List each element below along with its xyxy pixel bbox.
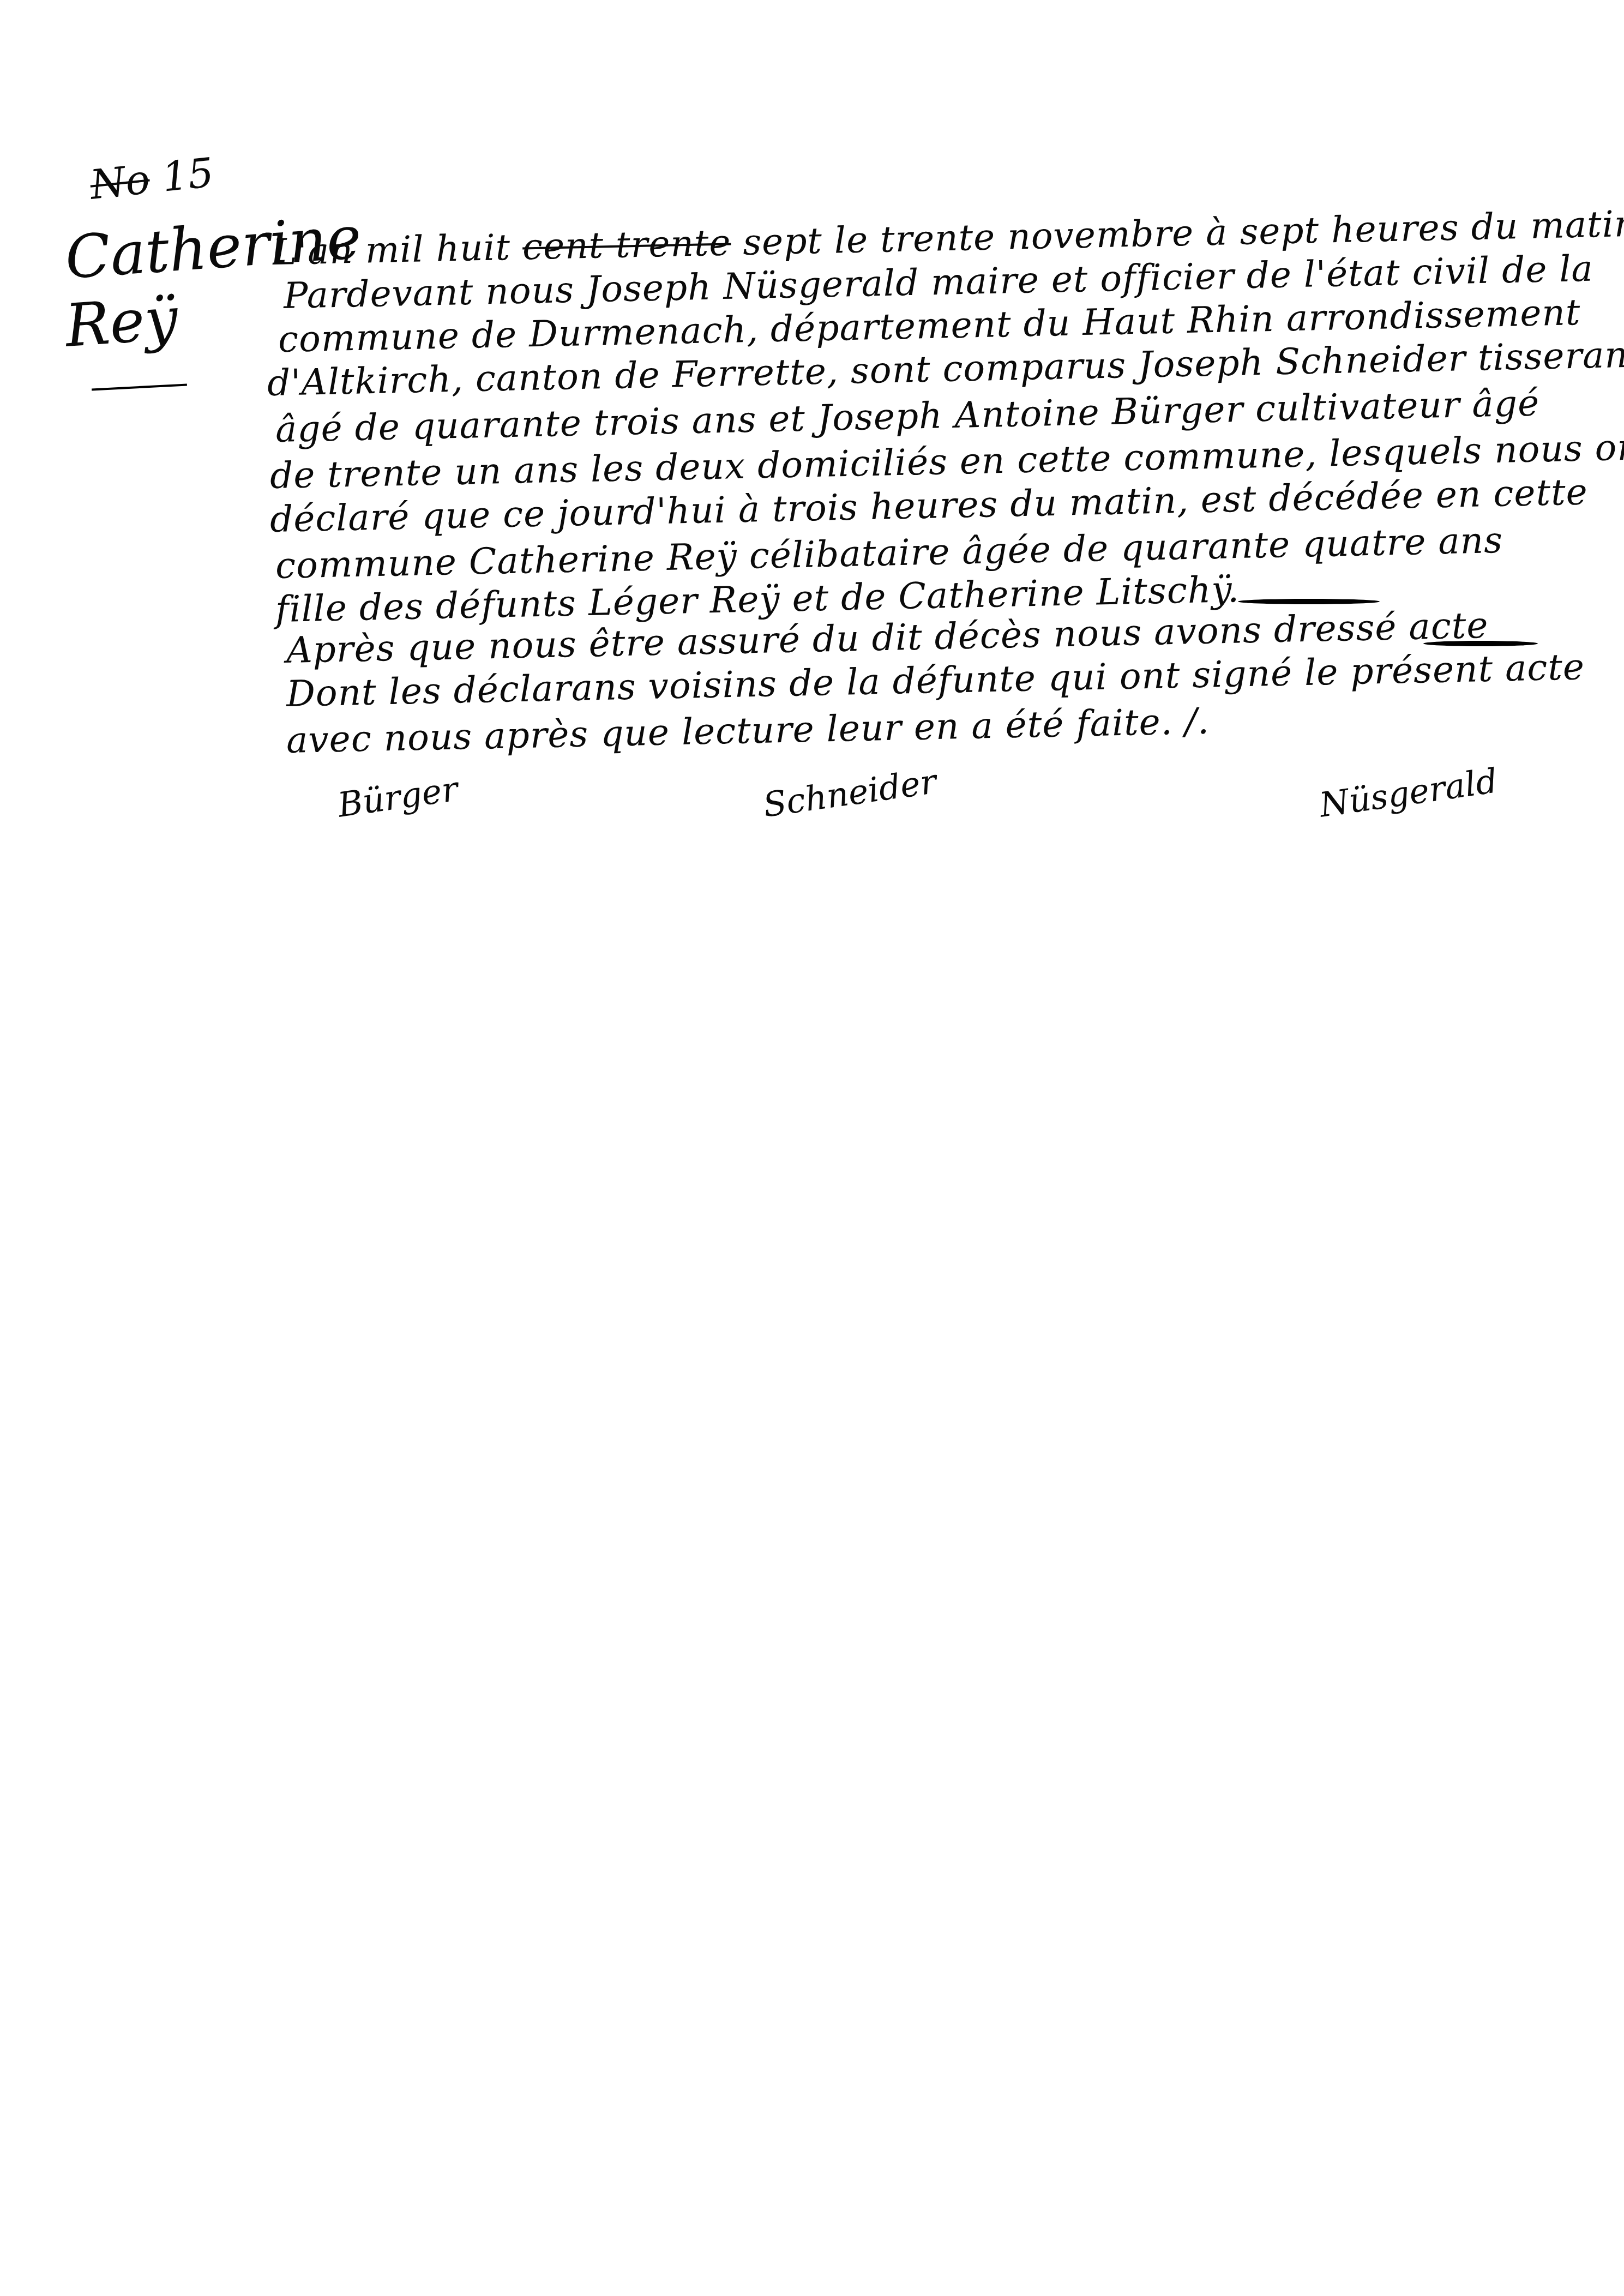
record-number-value: 15 [160, 149, 216, 201]
signature-burger: Bürger [335, 769, 460, 825]
record-number-label: No [88, 156, 152, 209]
margin-deceased-last-name: Reÿ [63, 290, 179, 356]
signature-schneider: Schneider [761, 761, 939, 825]
signature-mayor: Nüsgerald [1317, 761, 1500, 825]
line-1-text-before: L'an mil huit [272, 226, 523, 273]
line-10-flourish [1423, 641, 1538, 646]
document-page: No 15 Catherine Reÿ L'an mil huit cent t… [0, 0, 1624, 2296]
line-9-flourish [1238, 599, 1380, 604]
margin-underline [92, 383, 187, 390]
record-number: No 15 [88, 149, 216, 208]
line-1-struck-text: cent trente [522, 221, 731, 268]
